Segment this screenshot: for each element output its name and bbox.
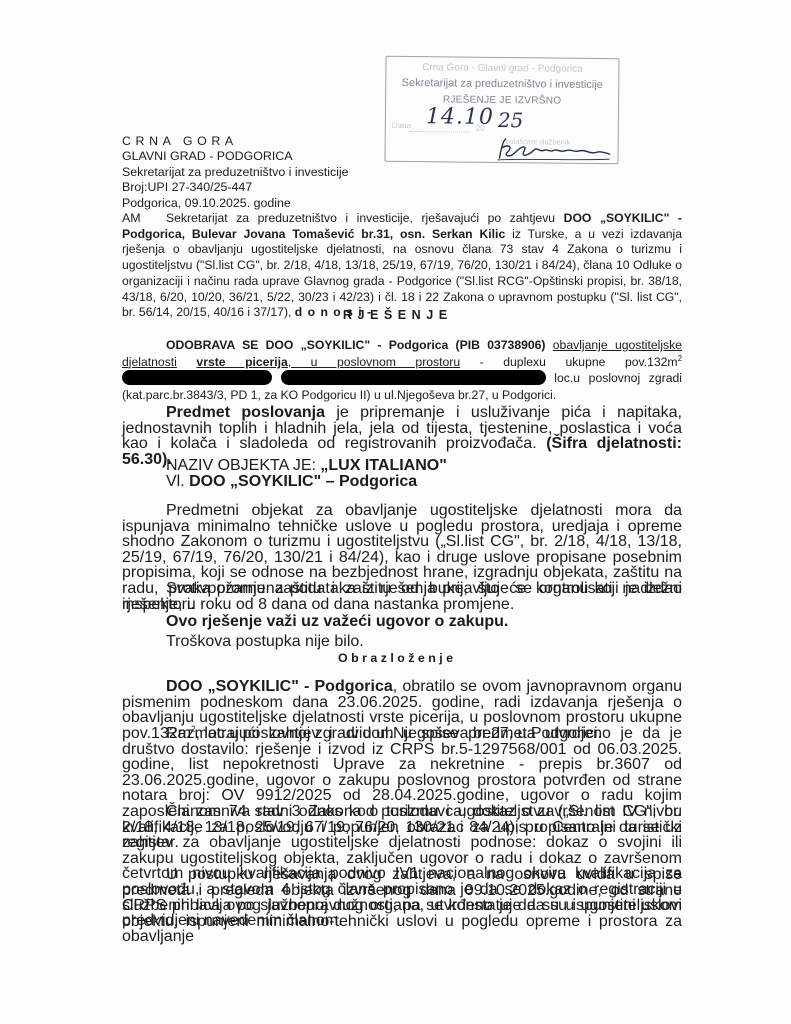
title-obrazlozenje: O b r a z l o ž e n j e <box>0 651 791 665</box>
stamp-authority: Crna Gora - Glavni grad - Podgorica <box>386 62 618 75</box>
header-country: CRNA GORA <box>122 134 349 149</box>
reasoning-paragraph-4: U postupku rješavanja ovog zahtjeva, a n… <box>122 867 682 945</box>
signature-icon <box>493 136 611 163</box>
lease-validity: Ovo rješenje važi uz važeći ugovor o zak… <box>166 613 726 631</box>
redaction-bar <box>122 370 272 385</box>
header-case-number: Broj:UPI 27-340/25-447 <box>122 180 349 195</box>
redaction-bar <box>281 370 546 385</box>
stamp-year-prefix: 20 <box>476 124 485 133</box>
facility-name-block: NAZIV OBJEKTA JE: „LUX ITALIANO" Vl. DOO… <box>166 458 726 489</box>
intro-paragraph: Sekretarijat za preduzetništvo i investi… <box>122 211 682 321</box>
header-place-date: Podgorica, 09.10.2025. godine <box>122 196 349 211</box>
stamp-handwritten-year: 25 <box>498 108 524 132</box>
facility-name: „LUX ITALIANO" <box>320 457 446 474</box>
stamp-date-line <box>410 131 470 133</box>
header-city: GLAVNI GRAD - PODGORICA <box>122 149 349 164</box>
costs-note: Troškova postupka nije bilo. <box>166 633 726 651</box>
changes-paragraph: Svaka promjena podataka iz rješenja prij… <box>122 581 682 612</box>
title-resenje: R J E Š E N J E <box>0 308 791 322</box>
enforceability-stamp: Crna Gora - Glavni grad - Podgorica Sekr… <box>384 56 619 164</box>
stamp-date-label: Dana <box>392 121 411 130</box>
header-department: Sekretarijat za preduzetništvo i investi… <box>122 165 349 180</box>
document-page: Crna Gora - Glavni grad - Podgorica Sekr… <box>0 0 791 1024</box>
stamp-department: Sekretarijat za preduzetništvo i investi… <box>386 77 618 91</box>
stamp-status: RJEŠENJE JE IZVRŠNO <box>386 94 618 107</box>
decision-paragraph: ODOBRAVA SE DOO „SOYKILIC" - Podgorica (… <box>122 337 682 403</box>
